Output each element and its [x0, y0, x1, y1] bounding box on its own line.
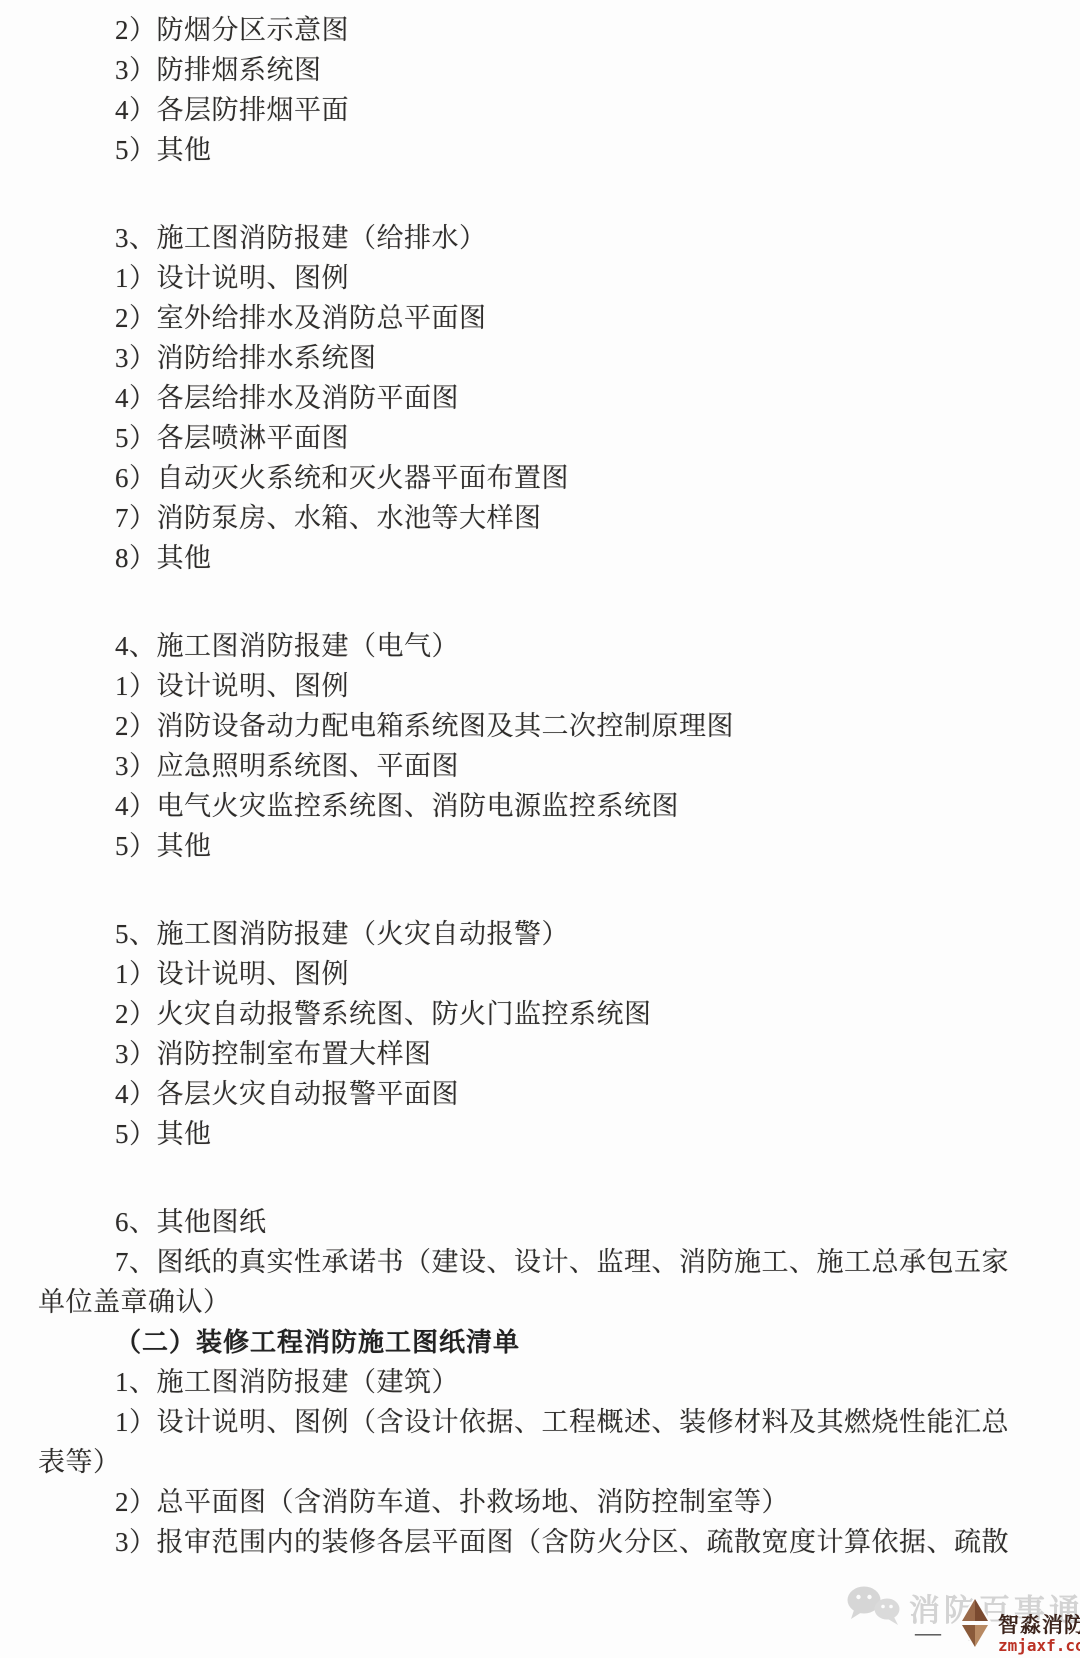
list-item: 4）各层防排烟平面 [0, 90, 1080, 130]
list-item: 5）其他 [0, 1114, 1080, 1154]
list-item: 3）防排烟系统图 [0, 50, 1080, 90]
list-item: 3）消防控制室布置大样图 [0, 1034, 1080, 1074]
scanned-document-page: 2）防烟分区示意图 3）防排烟系统图 4）各层防排烟平面 5）其他 3、施工图消… [0, 0, 1080, 1658]
list-item: 2）室外给排水及消防总平面图 [0, 298, 1080, 338]
list-item: 1）设计说明、图例 [0, 258, 1080, 298]
list-item: 1）设计说明、图例 [0, 666, 1080, 706]
section-heading: 6、其他图纸 [0, 1202, 1080, 1242]
list-item: 2）火灾自动报警系统图、防火门监控系统图 [0, 994, 1080, 1034]
list-item: 3）消防给排水系统图 [0, 338, 1080, 378]
brand-text-block: 智淼消防 zmjaxf.com [998, 1614, 1080, 1655]
list-item: 5）其他 [0, 130, 1080, 170]
list-item: 3）报审范围内的装修各层平面图（含防火分区、疏散宽度计算依据、疏散 [0, 1522, 1080, 1562]
list-item: 5）各层喷淋平面图 [0, 418, 1080, 458]
list-item: 4）电气火灾监控系统图、消防电源监控系统图 [0, 786, 1080, 826]
watermark: 消防百事通 [845, 1583, 1080, 1632]
list-item: 3）应急照明系统图、平面图 [0, 746, 1080, 786]
list-item: 8）其他 [0, 538, 1080, 578]
section-heading: 5、施工图消防报建（火灾自动报警） [0, 914, 1080, 954]
subsection-heading: （二）装修工程消防施工图纸清单 [0, 1322, 1080, 1362]
section-heading: 3、施工图消防报建（给排水） [0, 218, 1080, 258]
brand-url: zmjaxf.com [998, 1637, 1080, 1655]
list-item: 1）设计说明、图例 [0, 954, 1080, 994]
continuation-line: 表等） [0, 1442, 1080, 1482]
list-item: 7）消防泵房、水箱、水池等大样图 [0, 498, 1080, 538]
document-body: 2）防烟分区示意图 3）防排烟系统图 4）各层防排烟平面 5）其他 3、施工图消… [0, 0, 1080, 1562]
continuation-line: 单位盖章确认） [0, 1282, 1080, 1322]
diamond-logo-icon [957, 1594, 993, 1657]
list-item: 2）防烟分区示意图 [0, 10, 1080, 50]
list-item: 4）各层火灾自动报警平面图 [0, 1074, 1080, 1114]
list-item: 2）总平面图（含消防车道、扑救场地、消防控制室等） [0, 1482, 1080, 1522]
watermark-text: 消防百事通 [909, 1585, 1080, 1630]
brand-stamp: 智淼消防 zmjaxf.com [957, 1594, 1080, 1657]
page-number: — 3 [915, 1618, 991, 1648]
list-item: 6）自动灭火系统和灭火器平面布置图 [0, 458, 1080, 498]
section-heading: 7、图纸的真实性承诺书（建设、设计、监理、消防施工、施工总承包五家 [0, 1242, 1080, 1282]
brand-name: 智淼消防 [998, 1614, 1080, 1637]
list-item: 1）设计说明、图例（含设计依据、工程概述、装修材料及其燃烧性能汇总 [0, 1402, 1080, 1442]
section-heading: 4、施工图消防报建（电气） [0, 626, 1080, 666]
section-heading: 1、施工图消防报建（建筑） [0, 1362, 1080, 1402]
list-item: 4）各层给排水及消防平面图 [0, 378, 1080, 418]
wechat-icon [845, 1583, 903, 1632]
list-item: 5）其他 [0, 826, 1080, 866]
list-item: 2）消防设备动力配电箱系统图及其二次控制原理图 [0, 706, 1080, 746]
